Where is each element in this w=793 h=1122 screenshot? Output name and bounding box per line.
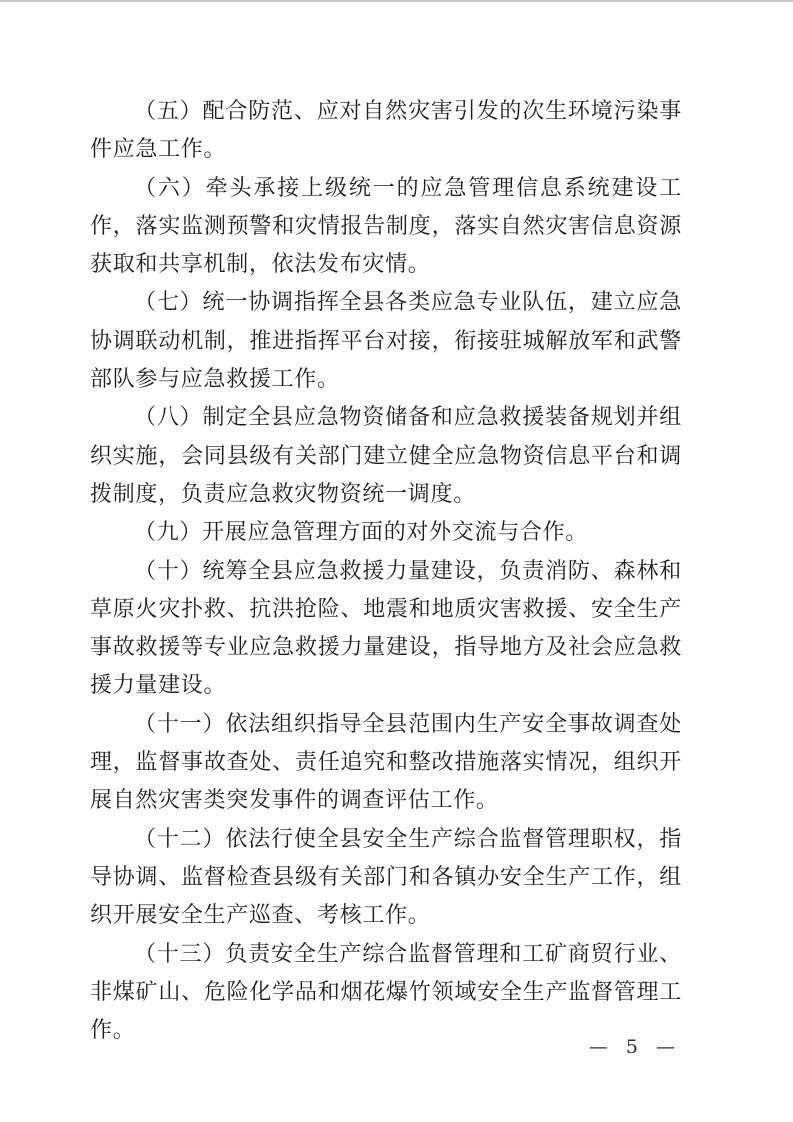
paragraph-item-8: （八）制定全县应急物资储备和应急救援装备规划并组织实施，会同县级有关部门建立健全… [90,399,682,514]
scan-top-edge [0,0,793,2]
paragraph-item-5: （五）配合防范、应对自然灾害引发的次生环境污染事件应急工作。 [90,93,682,170]
document-page: （五）配合防范、应对自然灾害引发的次生环境污染事件应急工作。 （六）牵头承接上级… [0,0,793,1122]
paragraph-item-11: （十一）依法组织指导全县范围内生产安全事故调查处理，监督事故查处、责任追究和整改… [90,706,682,821]
page-number: — 5 — [589,1036,681,1058]
paragraph-item-9: （九）开展应急管理方面的对外交流与合作。 [90,514,682,552]
paragraph-item-12: （十二）依法行使全县安全生产综合监督管理职权，指导协调、监督检查县级有关部门和各… [90,821,682,936]
document-body: （五）配合防范、应对自然灾害引发的次生环境污染事件应急工作。 （六）牵头承接上级… [90,93,682,1050]
paragraph-item-7: （七）统一协调指挥全县各类应急专业队伍，建立应急协调联动机制，推进指挥平台对接，… [90,284,682,399]
paragraph-item-13: （十三）负责安全生产综合监督管理和工矿商贸行业、非煤矿山、危险化学品和烟花爆竹领… [90,936,682,1051]
paragraph-item-6: （六）牵头承接上级统一的应急管理信息系统建设工作，落实监测预警和灾情报告制度，落… [90,170,682,285]
paragraph-item-10: （十）统筹全县应急救援力量建设，负责消防、森林和草原火灾扑救、抗洪抢险、地震和地… [90,553,682,706]
